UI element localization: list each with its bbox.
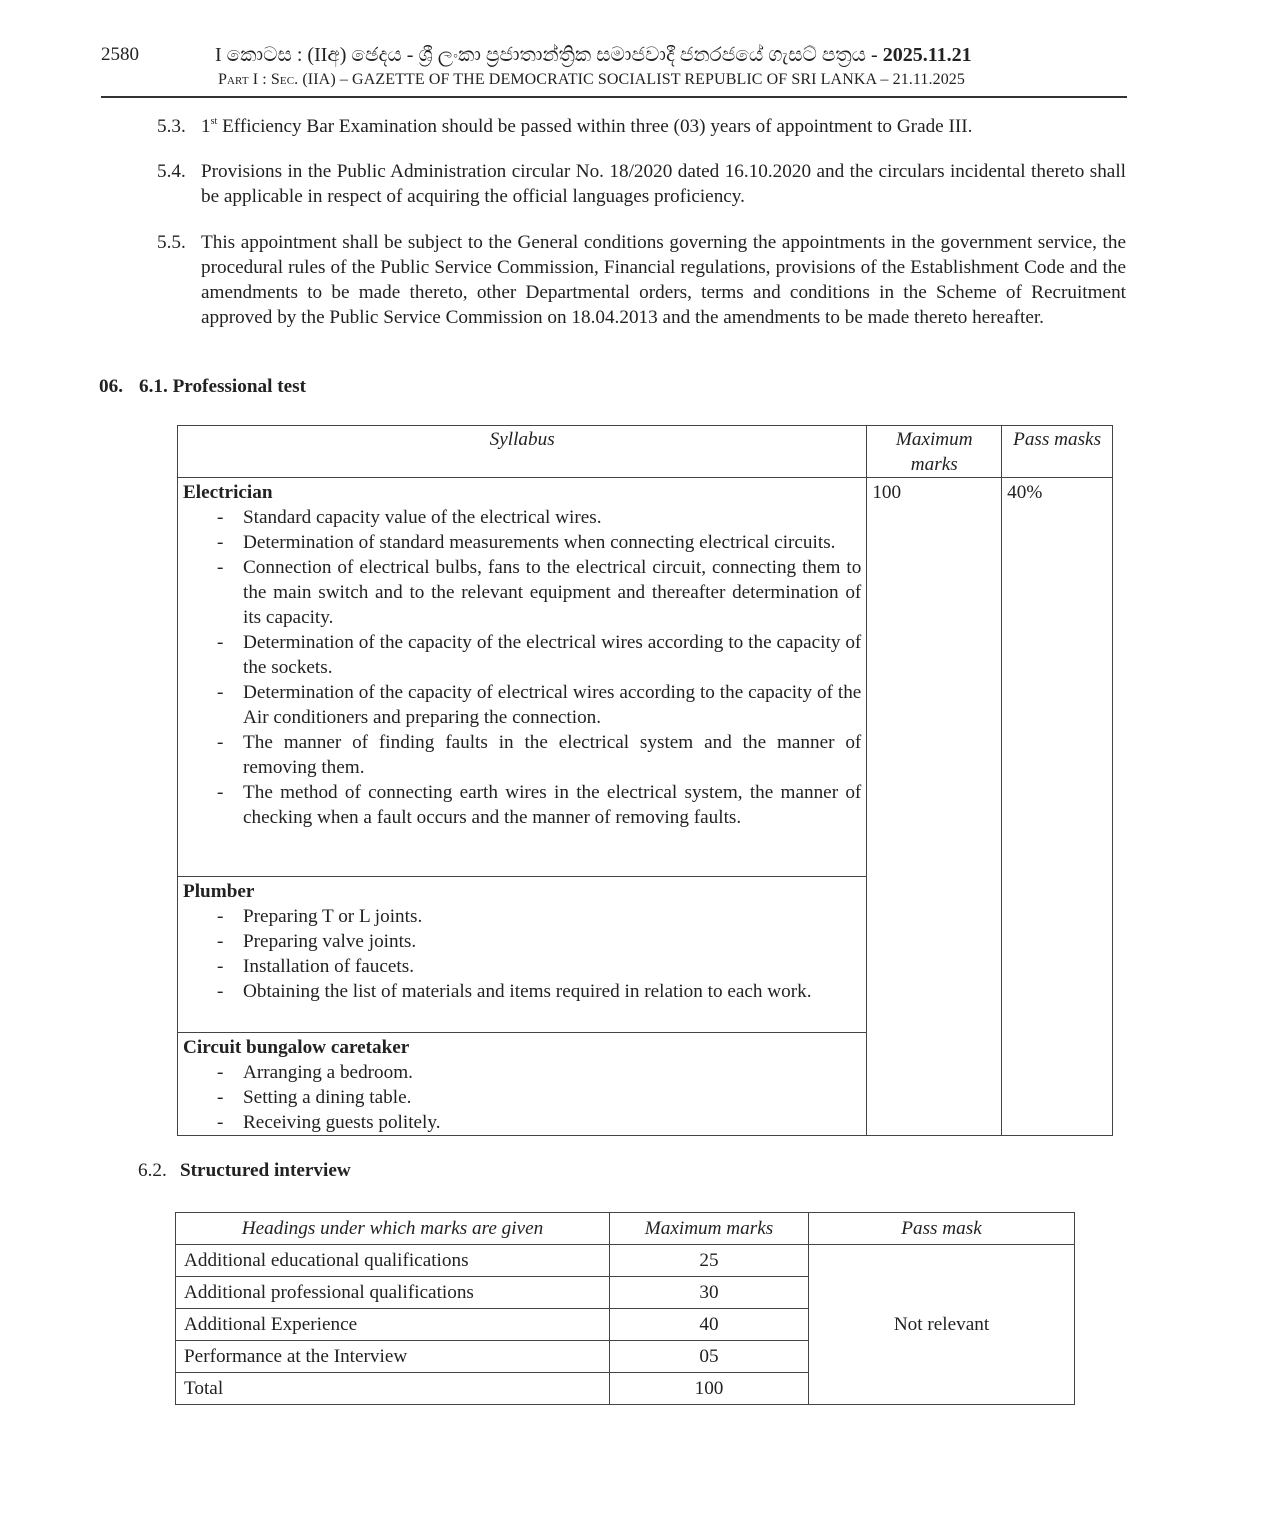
page-number: 2580 [101,44,139,66]
paragraph-number: 5.4. [157,159,201,184]
trade-title: Plumber [183,879,861,904]
header-divider [101,96,1127,98]
list-item: Preparing T or L joints. [243,904,861,929]
list-item: Installation of faucets. [243,954,861,979]
trade-title: Circuit bungalow caretaker [183,1035,861,1060]
list-item: Determination of standard measurements w… [243,530,861,555]
list-item: Determination of the capacity of the ele… [243,630,861,680]
paragraph-number: 5.3. [157,114,201,139]
structured-interview-table: Headings under which marks are given Max… [175,1212,1075,1405]
section-heading-structured-interview: 6.2.Structured interview [138,1160,351,1182]
gazette-title-sinhala: I කොටස : (IIඅ) ඡෙදය - ශ්‍රී ලංකා ප්‍රජාත… [215,44,1015,67]
marks-cell: 30 [610,1277,809,1309]
header-maximum-marks: Maximum marks [867,426,1002,478]
heading-cell: Performance at the Interview [176,1341,610,1373]
list-item: The method of connecting earth wires in … [243,780,861,830]
section-number: 6.2. [138,1160,180,1182]
professional-test-table: Syllabus Maximum marks Pass masks Electr… [177,425,1113,1136]
paragraph-text: Provisions in the Public Administration … [201,159,1126,209]
subtitle-part: Part I [218,71,258,88]
heading-cell: Total [176,1373,610,1405]
table-header-row: Headings under which marks are given Max… [176,1213,1075,1245]
subtitle-sec: Sec. [271,71,298,88]
subtitle-rest: (IIA) – GAZETTE OF THE DEMOCRATIC SOCIAL… [298,71,965,88]
paragraph-text: 1st Efficiency Bar Examination should be… [201,114,1126,139]
list-item: The manner of finding faults in the elec… [243,730,861,780]
heading-cell: Additional educational qualifications [176,1245,610,1277]
header-syllabus: Syllabus [178,426,867,478]
ordinal-number: 1 [201,116,211,137]
table-row-electrician: Electrician Standard capacity value of t… [178,478,1113,877]
paragraph-5-4: 5.4. Provisions in the Public Administra… [157,159,1126,209]
syllabus-list: Arranging a bedroom. Setting a dining ta… [183,1060,861,1135]
syllabus-cell: Circuit bungalow caretaker Arranging a b… [178,1033,867,1136]
pass-mark-cell: Not relevant [809,1245,1075,1405]
list-item: Connection of electrical bulbs, fans to … [243,555,861,630]
maximum-marks-value: 100 [867,478,1002,1136]
paragraph-text: This appointment shall be subject to the… [201,230,1126,330]
syllabus-list: Preparing T or L joints. Preparing valve… [183,904,861,1004]
header-maximum-marks: Maximum marks [610,1213,809,1245]
heading-cell: Additional Experience [176,1309,610,1341]
header-pass-marks: Pass masks [1002,426,1113,478]
title-date: 2025.11.21 [883,44,972,66]
heading-cell: Additional professional qualifications [176,1277,610,1309]
trade-title: Electrician [183,480,861,505]
list-item: Setting a dining table. [243,1085,861,1110]
table-row: Additional educational qualifications 25… [176,1245,1075,1277]
marks-cell: 100 [610,1373,809,1405]
syllabus-cell: Electrician Standard capacity value of t… [178,478,867,877]
syllabus-list: Standard capacity value of the electrica… [183,505,861,830]
marks-cell: 40 [610,1309,809,1341]
section-title: 6.1. Professional test [139,376,306,397]
paragraph-5-3: 5.3. 1st Efficiency Bar Examination shou… [157,114,1126,139]
marks-cell: 25 [610,1245,809,1277]
list-item: Obtaining the list of materials and item… [243,979,861,1004]
paragraph-body: Efficiency Bar Examination should be pas… [217,116,972,137]
section-title: Structured interview [180,1160,351,1181]
section-heading-professional-test: 06.6.1. Professional test [99,376,306,398]
gazette-title-english: Part I : Sec. (IIA) – GAZETTE OF THE DEM… [218,71,965,89]
marks-cell: 05 [610,1341,809,1373]
section-number: 06. [99,376,139,398]
list-item: Preparing valve joints. [243,929,861,954]
pass-mark-value: 40% [1002,478,1113,1136]
paragraph-5-5: 5.5. This appointment shall be subject t… [157,230,1126,330]
syllabus-cell: Plumber Preparing T or L joints. Prepari… [178,877,867,1033]
list-item: Standard capacity value of the electrica… [243,505,861,530]
header-pass-mark: Pass mask [809,1213,1075,1245]
header-headings: Headings under which marks are given [176,1213,610,1245]
list-item: Receiving guests politely. [243,1110,861,1135]
paragraph-number: 5.5. [157,230,201,255]
subtitle-sep: : [258,71,271,88]
title-sinhala-text: I කොටස : (IIඅ) ඡෙදය - ශ්‍රී ලංකා ප්‍රජාත… [215,44,883,66]
list-item: Determination of the capacity of electri… [243,680,861,730]
list-item: Arranging a bedroom. [243,1060,861,1085]
table-header-row: Syllabus Maximum marks Pass masks [178,426,1113,478]
